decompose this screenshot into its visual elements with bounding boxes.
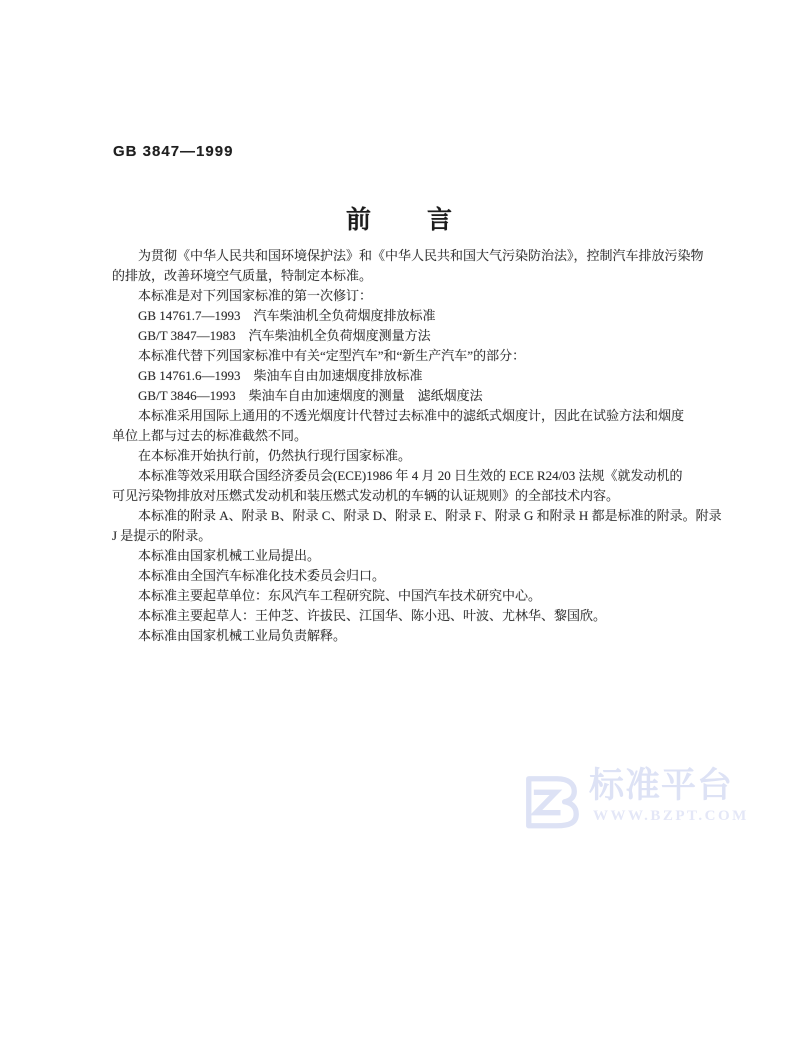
watermark-url: WWW.BZPT.COM — [593, 808, 749, 825]
body-line: 本标准主要起草人：王仲芝、许拔民、江国华、陈小迅、叶波、尤林华、黎国欣。 — [112, 606, 712, 626]
body-line: GB/T 3846—1993 柴油车自由加速烟度的测量 滤纸烟度法 — [112, 386, 712, 406]
page-title: 前 言 — [0, 200, 800, 236]
body-line: 本标准主要起草单位：东风汽车工程研究院、中国汽车技术研究中心。 — [112, 586, 712, 606]
body-line: 本标准代替下列国家标准中有关“定型汽车”和“新生产汽车”的部分： — [112, 346, 712, 366]
body-line: 本标准由国家机械工业局提出。 — [112, 546, 712, 566]
body-line: J 是提示的附录。 — [112, 526, 712, 546]
document-page: GB 3847—1999 前 言 为贯彻《中华人民共和国环境保护法》和《中华人民… — [0, 0, 800, 1064]
body-line: GB/T 3847—1983 汽车柴油机全负荷烟度测量方法 — [112, 326, 712, 346]
body-line: 本标准采用国际上通用的不透光烟度计代替过去标准中的滤纸式烟度计，因此在试验方法和… — [112, 406, 712, 426]
body-line: 单位上都与过去的标准截然不同。 — [112, 426, 712, 446]
body-line: GB 14761.7—1993 汽车柴油机全负荷烟度排放标准 — [112, 306, 712, 326]
body-line: 本标准是对下列国家标准的第一次修订： — [112, 286, 712, 306]
body-line: 的排放，改善环境空气质量，特制定本标准。 — [112, 266, 712, 286]
body-line: 本标准的附录 A、附录 B、附录 C、附录 D、附录 E、附录 F、附录 G 和… — [112, 506, 712, 526]
watermark: 标准平台 WWW.BZPT.COM — [521, 768, 749, 837]
body-line: 本标准等效采用联合国经济委员会(ECE)1986 年 4 月 20 日生效的 E… — [112, 466, 712, 486]
document-body: 为贯彻《中华人民共和国环境保护法》和《中华人民共和国大气污染防治法》，控制汽车排… — [112, 246, 712, 646]
body-line: 本标准由国家机械工业局负责解释。 — [112, 626, 712, 646]
watermark-name: 标准平台 — [589, 768, 749, 803]
body-line: 为贯彻《中华人民共和国环境保护法》和《中华人民共和国大气污染防治法》，控制汽车排… — [112, 246, 712, 266]
body-line: 本标准由全国汽车标准化技术委员会归口。 — [112, 566, 712, 586]
doc-number: GB 3847—1999 — [113, 143, 233, 160]
body-line: 在本标准开始执行前，仍然执行现行国家标准。 — [112, 446, 712, 466]
body-line: GB 14761.6—1993 柴油车自由加速烟度排放标准 — [112, 366, 712, 386]
watermark-text: 标准平台 WWW.BZPT.COM — [589, 768, 749, 825]
bzpt-logo-icon — [521, 768, 583, 837]
body-line: 可见污染物排放对压燃式发动机和装压燃式发动机的车辆的认证规则》的全部技术内容。 — [112, 486, 712, 506]
